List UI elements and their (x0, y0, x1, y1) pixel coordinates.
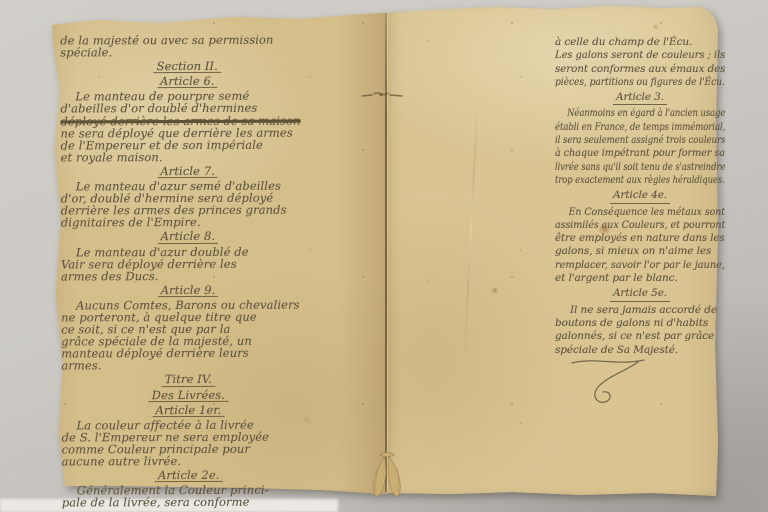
article-heading: Article 9. (158, 284, 219, 297)
manuscript-line: dignitaires de l'Empire. (61, 216, 315, 229)
center-fold-seam (385, 10, 387, 492)
manuscript-line: assimilés aux Couleurs, et pourront (555, 219, 710, 232)
manuscript-line: Il ne sera jamais accordé de (555, 304, 725, 317)
right-page-text: à celle du champ de l'Écu.Les galons ser… (555, 36, 725, 357)
manuscript-line: remplacer, savoir l'or par le jaune, (555, 259, 716, 272)
article-heading: Des Livrées. (149, 388, 228, 401)
manuscript-line: et l'argent par le blanc. (555, 272, 725, 285)
manuscript-line: pièces, partitions ou figures de l'Écu. (555, 76, 703, 89)
article-heading: Article 5e. (610, 287, 670, 301)
manuscript-line: trop exactement aux règles héraldiques. (555, 174, 691, 187)
article-heading: Article 3. (613, 91, 667, 105)
manuscript-line: galons, si mieux on n'aime les (555, 245, 725, 258)
manuscript-line: il sera seulement assigné trois couleurs (555, 134, 695, 147)
manuscript-line: seront conformes aux émaux des (555, 63, 723, 76)
manuscript-line: En Conséquence les métaux sont (555, 206, 709, 219)
manuscript-line: armes des Ducs. (61, 269, 315, 282)
binding-thread-stitch-icon (360, 86, 404, 104)
manuscript-line: Les galons seront de couleurs ; ils (555, 49, 717, 62)
manuscript-line: Néanmoins en égard à l'ancien usage (555, 107, 692, 120)
article-heading: Article 4e. (610, 189, 670, 203)
article-heading: Article 7. (157, 165, 218, 178)
manuscript-line: Vair sera déployé derrière les (61, 257, 315, 270)
article-heading: Article 1er. (153, 403, 225, 416)
article-heading: Article 8. (158, 230, 219, 243)
manuscript-line: être employés en nature dans les (555, 232, 721, 245)
article-heading: Article 6. (157, 75, 218, 88)
manuscript-line: établi en France, de temps immémorial, (555, 121, 693, 134)
manuscript-line: livrée sans qu'il soit tenu de s'astrein… (555, 161, 691, 174)
manuscript-line: à celle du champ de l'Écu. (555, 36, 725, 49)
manuscript-line: galonnés, si ce n'est par grâce (555, 330, 725, 343)
manuscript-line: aucune autre livrée. (62, 455, 316, 468)
manuscript-line: boutons de galons ni d'habits (555, 317, 725, 330)
signature-paraphe-icon (566, 354, 658, 406)
article-heading: Titre IV. (162, 373, 215, 386)
manuscript-line: à chaque impétrant pour former sa (555, 147, 712, 160)
binding-thread-tassel-icon (366, 448, 408, 500)
article-heading: Section II. (154, 60, 221, 73)
manuscript-line: et royale maison. (61, 150, 315, 163)
article-heading: Article 2e. (155, 469, 223, 482)
manuscript-line: spéciale. (60, 46, 314, 59)
left-page-text: de la majesté ou avec sa permissionspéci… (60, 34, 316, 509)
manuscript-photo: de la majesté ou avec sa permissionspéci… (0, 0, 768, 512)
manuscript-line: armes. (61, 359, 315, 372)
manuscript-line: pale de la livrée, sera conforme (62, 496, 316, 509)
